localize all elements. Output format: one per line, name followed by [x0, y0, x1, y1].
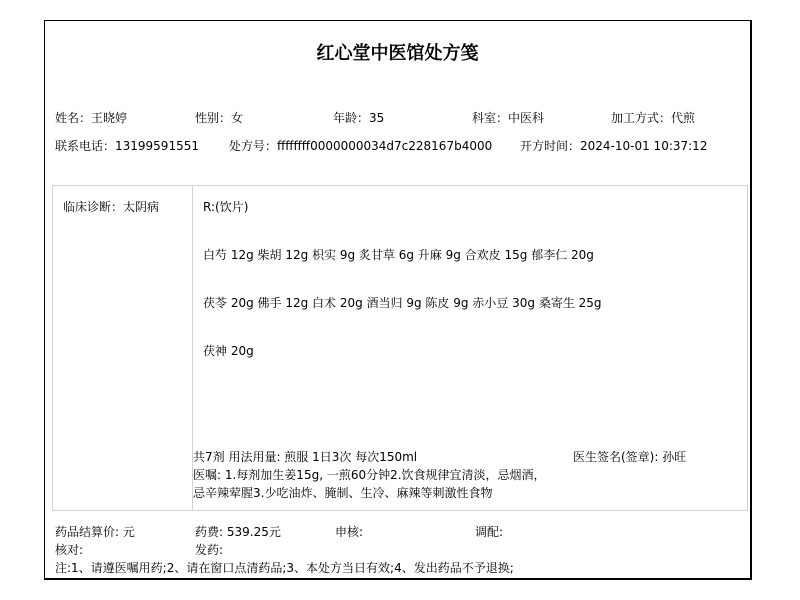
dispense-field: 调配: — [475, 523, 503, 540]
check-field: 核对: — [55, 541, 83, 558]
patient-name: 姓名：王晓婷 — [55, 109, 127, 126]
patient-age: 年龄：35 — [333, 109, 384, 126]
process-method: 加工方式：代煎 — [611, 109, 695, 126]
patient-gender: 性别：女 — [195, 109, 243, 126]
prescription-box: 临床诊断：太阴病 R:(饮片) 白芍 12g 柴胡 12g 枳实 9g 炙甘草 … — [52, 185, 748, 511]
drug-fee: 药费: 539.25元 — [195, 523, 281, 540]
prescription-time: 开方时间：2024-10-01 10:37:12 — [520, 137, 707, 154]
prescription-sheet: 红心堂中医馆处方笺 姓名：王晓婷 性别：女 年龄：35 科室：中医科 加工方式：… — [44, 20, 752, 580]
clinical-diagnosis: 临床诊断：太阴病 — [63, 198, 159, 215]
doctor-signature: 医生签名(签章): 孙旺 — [573, 448, 686, 465]
settlement-price: 药品结算价: 元 — [55, 523, 135, 540]
usage-dosage: 共7剂 用法用量: 煎服 1日3次 每次150ml — [193, 448, 417, 465]
rx-line-1: 白芍 12g 柴胡 12g 枳实 9g 炙甘草 6g 升麻 9g 合欢皮 15g… — [203, 246, 594, 263]
patient-phone: 联系电话：13199591551 — [55, 137, 199, 154]
issue-field: 发药: — [195, 541, 223, 558]
footer-note: 注:1、请遵医嘱用药;2、请在窗口点清药品;3、本处方当日有效;4、发出药品不予… — [55, 559, 514, 576]
review-field: 申核: — [335, 523, 363, 540]
medical-advice-1: 医嘱: 1.每剂加生姜15g, 一煎60分钟2.饮食规律宜清淡，忌烟酒， — [193, 466, 546, 483]
rx-header: R:(饮片) — [203, 198, 248, 215]
page-title: 红心堂中医馆处方笺 — [45, 39, 750, 65]
department: 科室：中医科 — [472, 109, 544, 126]
rx-line-3: 茯神 20g — [203, 342, 254, 359]
prescription-number: 处方号：ffffffff0000000034d7c228167b4000 — [229, 137, 492, 154]
rx-line-2: 茯苓 20g 佛手 12g 白术 20g 酒当归 9g 陈皮 9g 赤小豆 30… — [203, 294, 602, 311]
medical-advice-2: 忌辛辣荤腥3.少吃油炸、腌制、生冷、麻辣等刺激性食物 — [193, 484, 492, 501]
